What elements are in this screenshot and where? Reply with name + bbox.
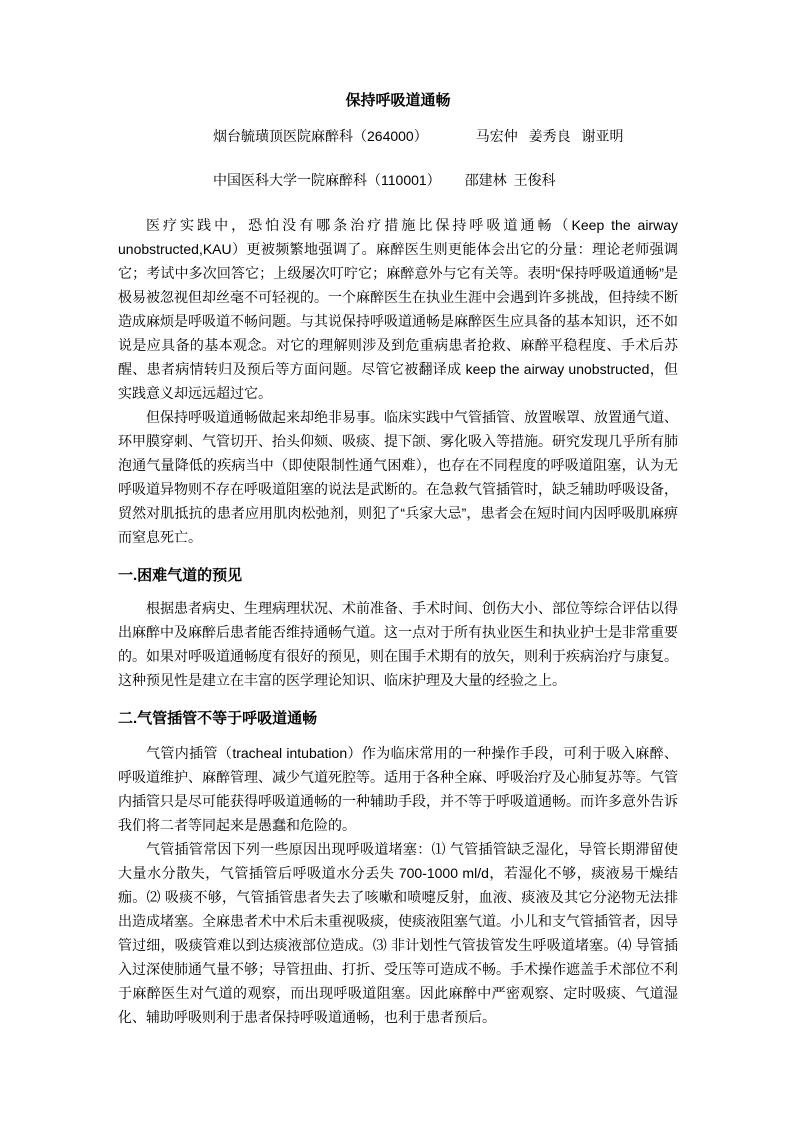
authors-1: 马宏仲 姜秀良 谢亚明 [476, 128, 624, 144]
document-page: 保持呼吸道通畅 烟台毓璜顶医院麻醉科（264000）马宏仲 姜秀良 谢亚明 中国… [0, 0, 793, 1122]
page-title: 保持呼吸道通畅 [118, 92, 678, 110]
intro-paragraph-1: 医疗实践中，恐怕没有哪条治疗措施比保持呼吸道通畅（Keep the airway… [118, 213, 678, 405]
affiliation-1: 烟台毓璜顶医院麻醉科（264000） [213, 128, 428, 144]
section-2-heading: 二.气管插管不等于呼吸道通畅 [118, 708, 678, 729]
byline-row-1: 烟台毓璜顶医院麻醉科（264000）马宏仲 姜秀良 谢亚明 [118, 127, 678, 145]
section-1-paragraph-1: 根据患者病史、生理病理状况、术前准备、手术时间、创伤大小、部位等综合评估以得出麻… [118, 596, 678, 692]
section-2-paragraph-2: 气管插管常因下列一些原因出现呼吸道堵塞：⑴ 气管插管缺乏湿化，导管长期滞留使大量… [118, 837, 678, 1029]
section-2-paragraph-1: 气管内插管（tracheal intubation）作为临床常用的一种操作手段，… [118, 741, 678, 837]
byline-row-2: 中国医科大学一院麻醉科（110001）邵建林 王俊科 [118, 171, 678, 189]
document-content: 保持呼吸道通畅 烟台毓璜顶医院麻醉科（264000）马宏仲 姜秀良 谢亚明 中国… [0, 0, 793, 1029]
intro-paragraph-2: 但保持呼吸道通畅做起来却绝非易事。临床实践中气管插管、放置喉罩、放置通气道、环甲… [118, 405, 678, 549]
section-1-heading: 一.困难气道的预见 [118, 565, 678, 586]
affiliation-2: 中国医科大学一院麻醉科（110001） [213, 172, 441, 188]
authors-2: 邵建林 王俊科 [465, 172, 556, 188]
